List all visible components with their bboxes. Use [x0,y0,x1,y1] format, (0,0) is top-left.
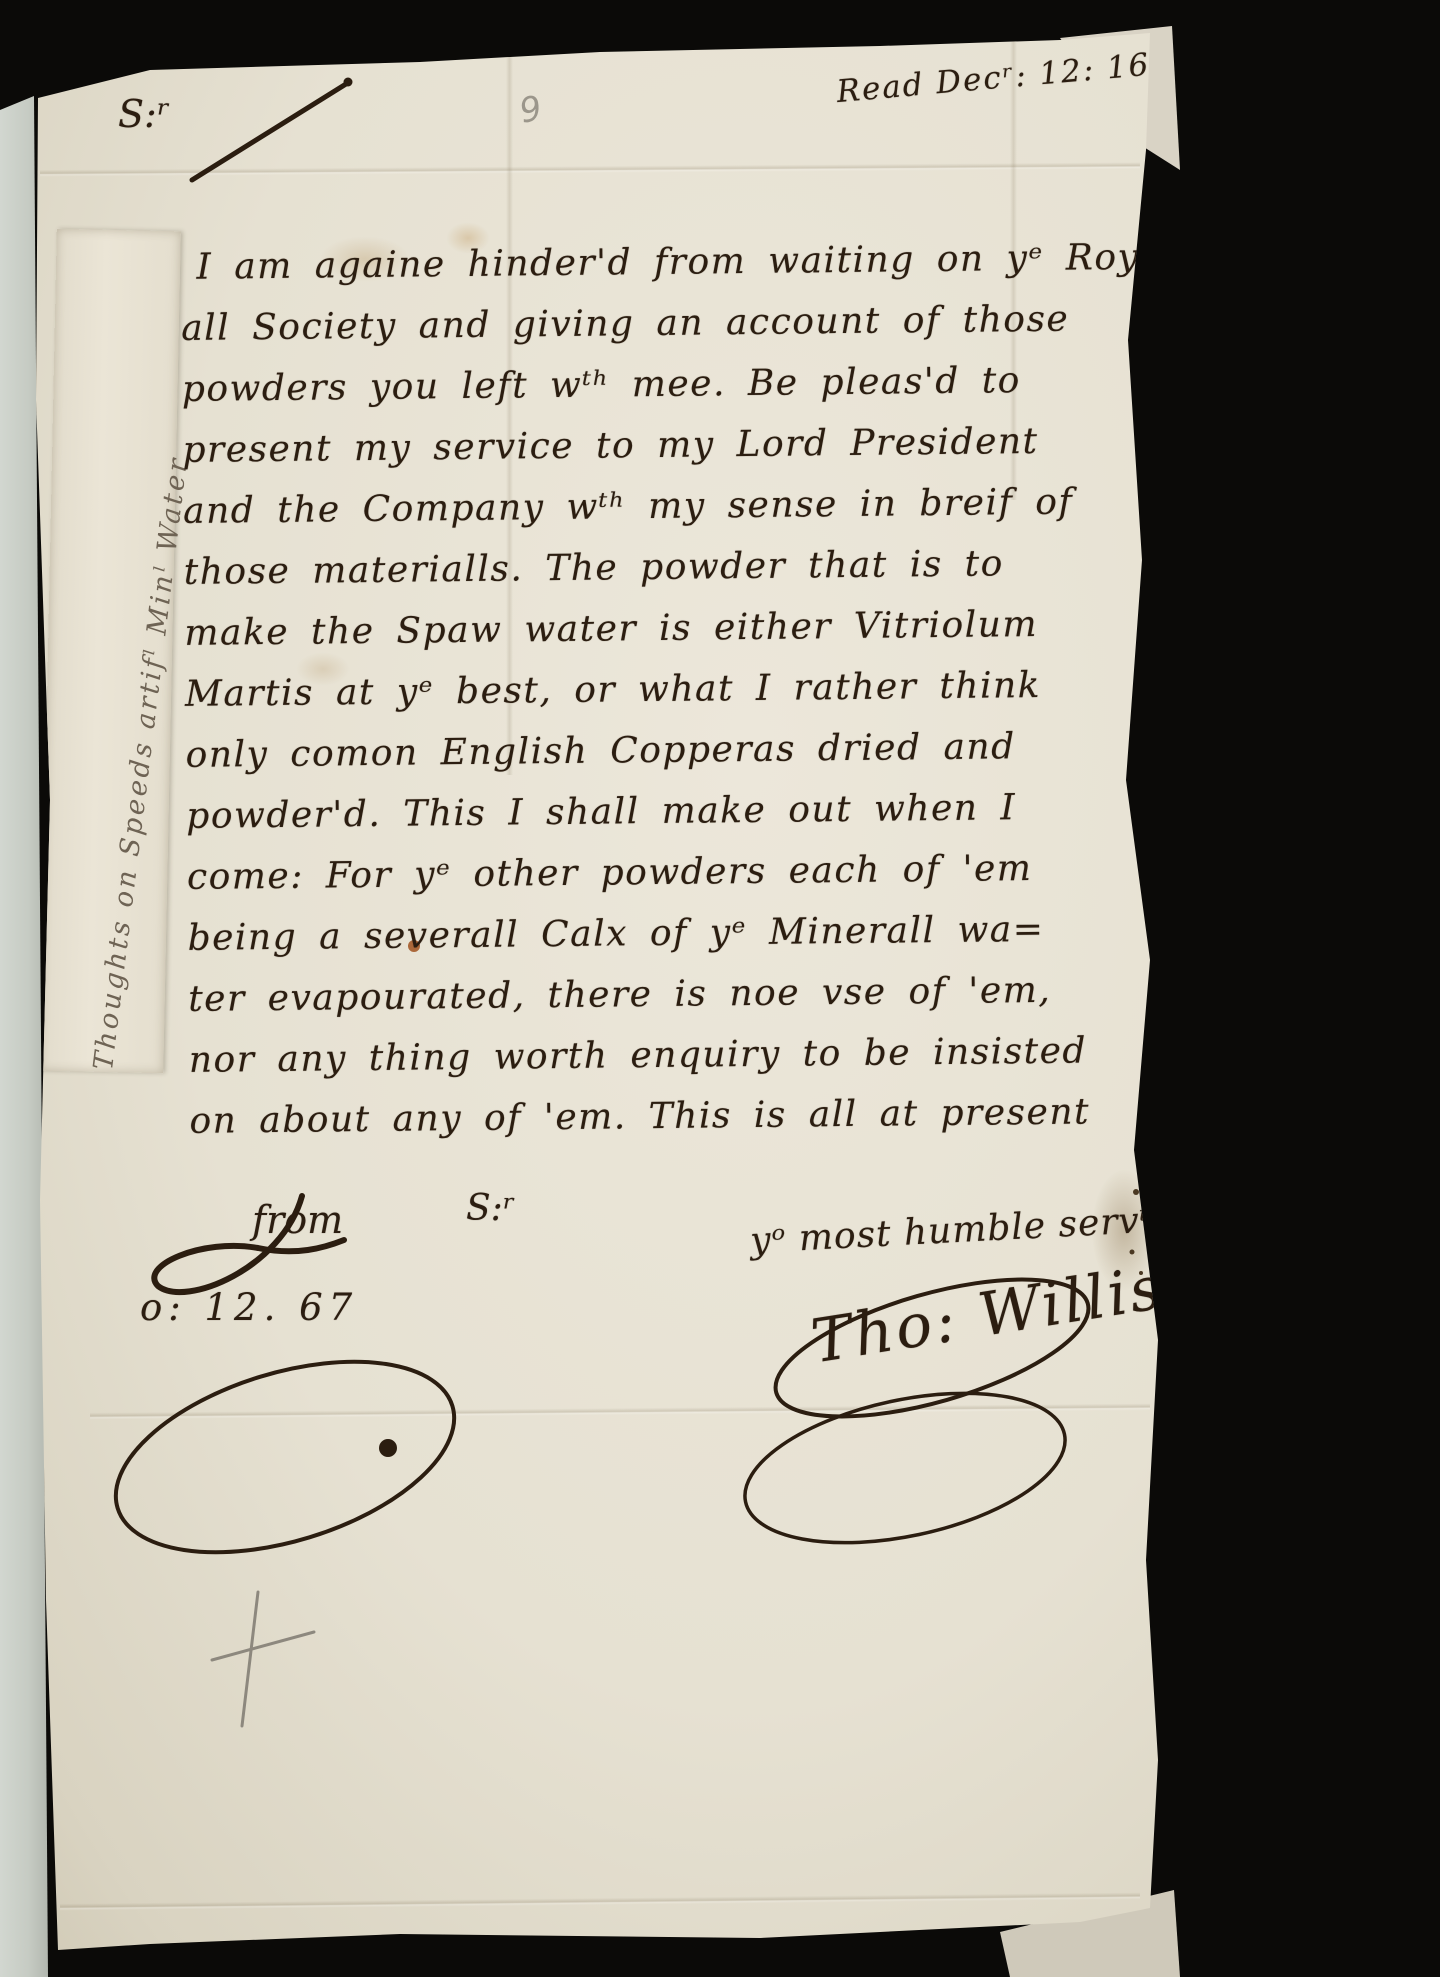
closing-date: o: 12. 67 [140,1286,358,1329]
ink-blot [379,1439,397,1457]
letter-line: only comon English Copperas dried and [185,715,1126,786]
letter-line: powders you left wᵗʰ mee. Be pleas'd to [182,349,1123,420]
closing-from: from [252,1198,343,1242]
fold-crease-bottom [60,1892,1140,1910]
scan-background: Thoughts on Speeds artifˡ Minˡ Water Rea… [0,0,1440,1977]
letter-line: make the Spaw water is either Vitriolum [184,593,1125,664]
letter-line: all Society and giving an account of tho… [181,288,1122,359]
letter-line: being a severall Calx of yᵉ Minerall wa= [187,898,1128,969]
salutation-flourish-dot [344,78,353,87]
ink-speckle [1142,1212,1150,1220]
letter-line: powder'd. This I shall make out when I [186,776,1127,847]
pencil-page-number: 9 [516,88,545,132]
pencil-cross [242,1592,258,1726]
closing-sir: S:ʳ [466,1188,515,1229]
letter-line: and the Company wᵗʰ my sense in breif of [183,471,1124,542]
flourish-right-oval [731,1368,1078,1569]
pencil-cross [212,1632,314,1660]
letter-line: those materialls. The powder that is to [183,532,1124,603]
letter-paper: Thoughts on Speeds artifˡ Minˡ Water Rea… [0,0,1440,1977]
letter-line: present my service to my Lord President [182,410,1123,481]
letter-line: I am againe hinder'd from waiting on yᵉ … [196,227,1121,298]
flourish-left-oval [93,1326,477,1589]
salutation: S:ʳ [118,92,170,136]
salutation-flourish [192,84,346,180]
letter-line: Martis at yᵉ best, or what I rather thin… [185,654,1126,725]
letter-line: ter evapourated, there is noe vse of 'em… [188,959,1129,1030]
letter-line: come: For yᵉ other powders each of 'em [187,837,1128,908]
signature: Tho: Willis [807,1253,1169,1378]
fold-crease-middle [90,1403,1150,1419]
letter-line: on about any of 'em. This is all at pres… [189,1081,1130,1152]
letter-line: nor any thing worth enquiry to be insist… [189,1020,1130,1091]
fold-crease-top [40,162,1140,177]
letter-body: I am againe hinder'd from waiting on yᵉ … [180,227,1130,1152]
